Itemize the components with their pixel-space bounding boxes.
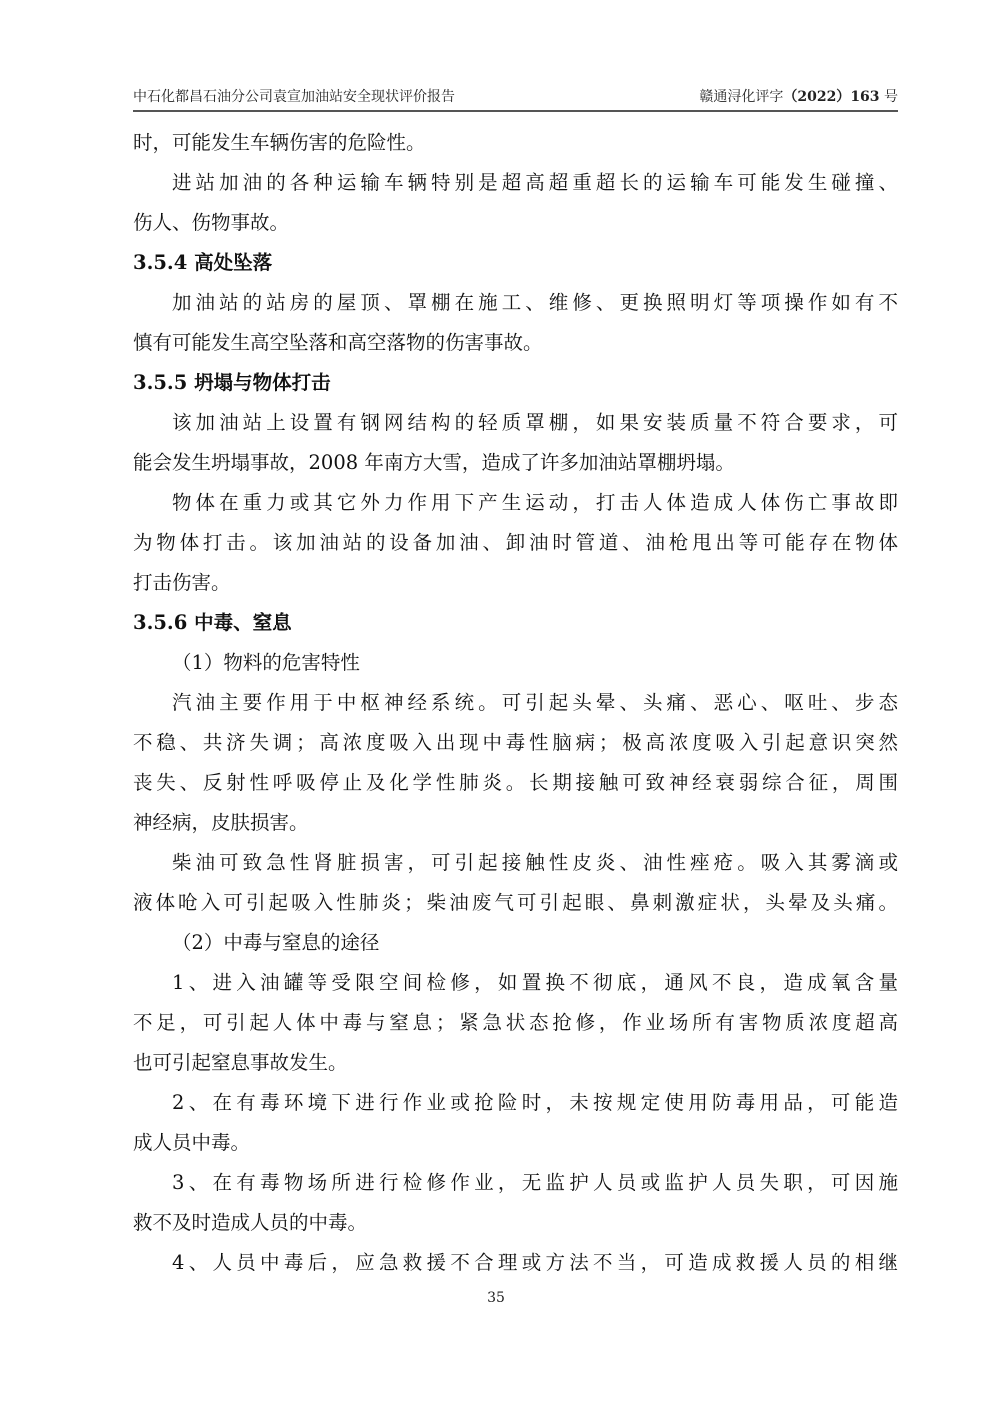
- paragraph-line: 加油站的站房的屋顶、罩棚在施工、维修、更换照明灯等项操作如有不: [133, 283, 898, 323]
- paragraph-line: 3、在有毒物场所进行检修作业，无监护人员或监护人员失职，可因施: [133, 1163, 898, 1203]
- page-number: 35: [0, 1290, 992, 1306]
- paragraph-line: 不稳、共济失调；高浓度吸入出现中毒性脑病；极高浓度吸入引起意识突然: [133, 723, 898, 763]
- page-header: 中石化都昌石油分公司袁宣加油站安全现状评价报告 赣通浔化评字（2022）163 …: [133, 86, 898, 108]
- paragraph-line: 不足，可引起人体中毒与窒息；紧急状态抢修，作业场所有害物质浓度超高: [133, 1003, 898, 1043]
- paragraph-line: 柴油可致急性肾脏损害，可引起接触性皮炎、油性痤疮。吸入其雾滴或: [133, 843, 898, 883]
- paragraph-line: 该加油站上设置有钢网结构的轻质罩棚，如果安装质量不符合要求，可: [133, 403, 898, 443]
- paragraph-line: 慎有可能发生高空坠落和高空落物的伤害事故。: [133, 323, 898, 363]
- paragraph-line: 成人员中毒。: [133, 1123, 898, 1163]
- paragraph-line: （2）中毒与窒息的途径: [133, 923, 898, 963]
- doc-number-year: （2022）: [783, 89, 850, 105]
- paragraph-line: 为物体打击。该加油站的设备加油、卸油时管道、油枪甩出等可能存在物体: [133, 523, 898, 563]
- paragraph-line: 液体呛入可引起吸入性肺炎；柴油废气可引起眼、鼻刺激症状，头晕及头痛。: [133, 883, 898, 923]
- paragraph-line: 能会发生坍塌事故，2008 年南方大雪，造成了许多加油站罩棚坍塌。: [133, 443, 898, 483]
- report-title: 中石化都昌石油分公司袁宣加油站安全现状评价报告: [133, 86, 455, 108]
- paragraph-line: 4、人员中毒后，应急救援不合理或方法不当，可造成救援人员的相继: [133, 1243, 898, 1283]
- paragraph-line: 救不及时造成人员的中毒。: [133, 1203, 898, 1243]
- paragraph-line: 丧失、反射性呼吸停止及化学性肺炎。长期接触可致神经衰弱综合征，周围: [133, 763, 898, 803]
- paragraph-line: 打击伤害。: [133, 563, 898, 603]
- section-heading: 3.5.4 高处坠落: [133, 243, 898, 283]
- paragraph-line: 2、在有毒环境下进行作业或抢险时，未按规定使用防毒用品，可能造: [133, 1083, 898, 1123]
- section-heading: 3.5.5 坍塌与物体打击: [133, 363, 898, 403]
- paragraph-line: 也可引起窒息事故发生。: [133, 1043, 898, 1083]
- doc-number-num: 163: [850, 89, 879, 105]
- header-divider: [133, 110, 898, 112]
- paragraph-line: （1）物料的危害特性: [133, 643, 898, 683]
- doc-number-suffix: 号: [884, 89, 898, 105]
- paragraph-line: 物体在重力或其它外力作用下产生运动，打击人体造成人体伤亡事故即: [133, 483, 898, 523]
- paragraph-line: 时，可能发生车辆伤害的危险性。: [133, 123, 898, 163]
- paragraph-line: 神经病，皮肤损害。: [133, 803, 898, 843]
- document-number: 赣通浔化评字（2022）163 号: [699, 86, 898, 108]
- paragraph-line: 1、进入油罐等受限空间检修，如置换不彻底，通风不良，造成氧含量: [133, 963, 898, 1003]
- paragraph-line: 汽油主要作用于中枢神经系统。可引起头晕、头痛、恶心、呕吐、步态: [133, 683, 898, 723]
- doc-number-prefix: 赣通浔化评字: [699, 89, 783, 105]
- section-heading: 3.5.6 中毒、窒息: [133, 603, 898, 643]
- paragraph-line: 伤人、伤物事故。: [133, 203, 898, 243]
- paragraph-line: 进站加油的各种运输车辆特别是超高超重超长的运输车可能发生碰撞、: [133, 163, 898, 203]
- document-body: 时，可能发生车辆伤害的危险性。进站加油的各种运输车辆特别是超高超重超长的运输车可…: [133, 123, 898, 1283]
